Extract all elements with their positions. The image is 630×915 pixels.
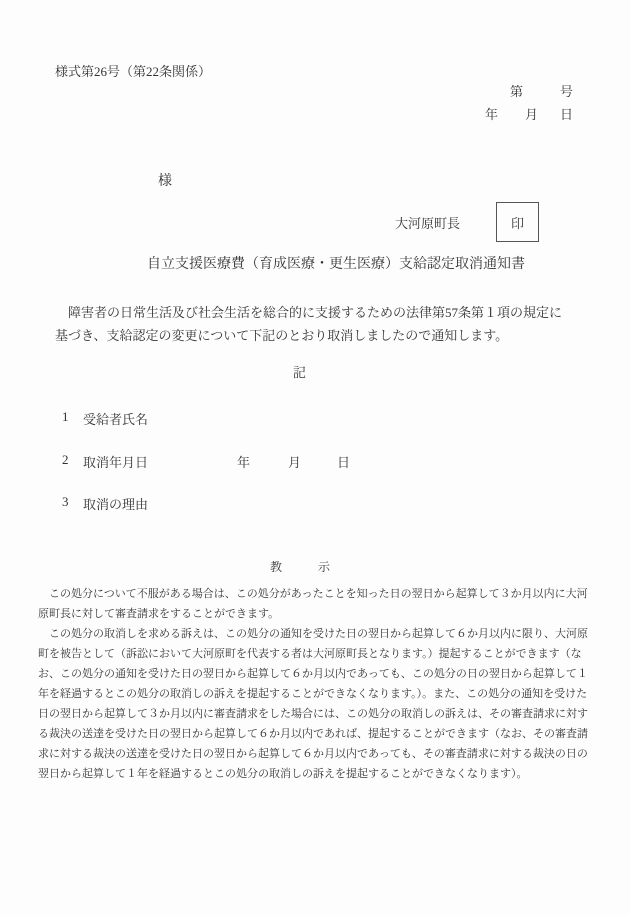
addressee-honorific: 様 [158,174,172,190]
instruction-paragraph-2: この処分の取消しを求める訴えは、この処分の通知を受けた日の翌日から起算して６か月… [38,624,592,784]
document-page: 様式第26号（第22条関係） 第 号 年 月 日 様 大河原町長 印 自立支援医… [0,0,630,915]
item-label-recipient-name: 受給者氏名 [83,409,148,428]
item-number: 3 [62,494,69,510]
instruction-block: この処分について不服がある場合は、この処分があったことを知った日の翌日から起算し… [38,584,592,784]
doc-number-suffix: 号 [560,85,573,100]
issue-date-year-label: 年 [485,108,498,123]
item-label-cancel-reason: 取消の理由 [83,494,148,513]
seal-placeholder: 印 [511,213,524,232]
doc-number-prefix: 第 [510,85,523,100]
document-title: 自立支援医療費（育成医療・更生医療）支給認定取消通知書 [147,257,525,273]
issue-date-month-label: 月 [525,108,538,123]
item-number: 2 [62,452,69,468]
instruction-paragraph-1: この処分について不服がある場合は、この処分があったことを知った日の翌日から起算し… [38,584,592,624]
item-row-cancel-date: 2 取消年月日 年 月 日 [0,452,630,470]
instruction-heading: 教 示 [270,561,330,575]
issuer-name: 大河原町長 [395,217,460,232]
form-number: 様式第26号（第22条関係） [55,65,211,80]
cancel-date-month-label: 月 [288,452,301,471]
item-row-cancel-reason: 3 取消の理由 [0,494,630,512]
issue-date-day-label: 日 [560,108,573,123]
cancel-date-year-label: 年 [237,452,250,471]
item-row-recipient: 1 受給者氏名 [0,409,630,427]
cancel-date-day-label: 日 [337,452,350,471]
item-label-cancel-date: 取消年月日 [83,452,148,471]
item-number: 1 [62,409,69,425]
body-paragraph: 障害者の日常生活及び社会生活を総合的に支援するための法律第57条第１項の規定に基… [55,301,571,347]
seal-box: 印 [496,202,539,242]
record-marker: 記 [293,366,306,381]
